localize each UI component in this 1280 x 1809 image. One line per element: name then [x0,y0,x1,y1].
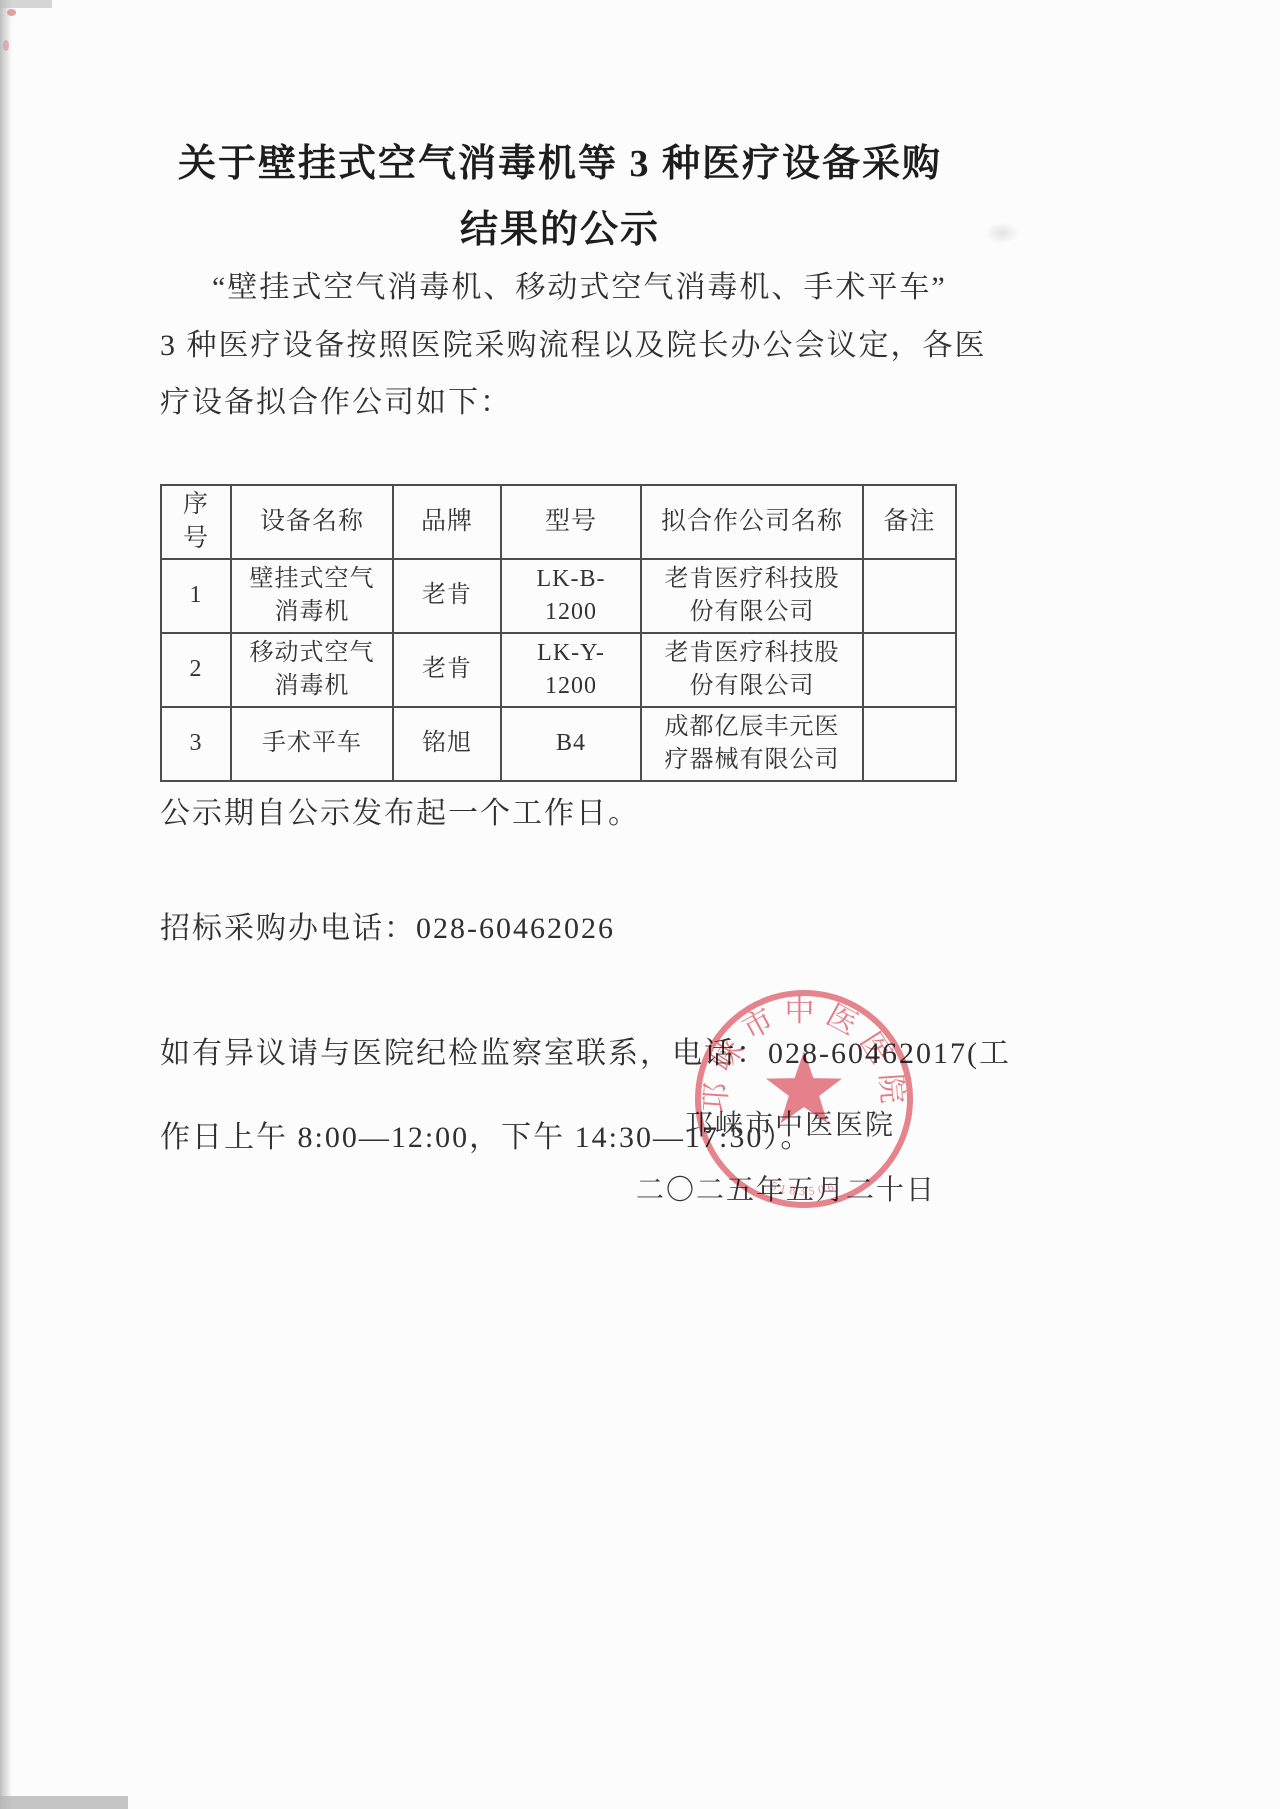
cell-index: 1 [161,559,231,633]
cell-company: 老肯医疗科技股份有限公司 [641,559,863,633]
seal-serial-number: 5183506 [769,1178,839,1198]
cell-note [863,633,956,707]
objection-line-1: 如有异议请与医院纪检监察室联系，电话：028-60462017(工 [160,1028,1060,1072]
col-header-brand: 品牌 [393,485,501,559]
table-row: 2 移动式空气消毒机 老肯 LK-Y-1200 老肯医疗科技股份有限公司 [161,633,956,707]
col-header-index: 序号 [161,485,231,559]
col-header-model: 型号 [501,485,641,559]
scan-red-speck [7,9,16,16]
cell-note [863,707,956,781]
intro-line-1: “壁挂式空气消毒机、移动式空气消毒机、手术平车” [160,262,1060,306]
intro-line-3: 疗设备拟合作公司如下： [160,377,1060,421]
cell-company: 老肯医疗科技股份有限公司 [641,633,863,707]
scan-bottom-artifact [0,1796,128,1809]
cell-model: LK-Y-1200 [501,633,641,707]
table-header-row: 序号 设备名称 品牌 型号 拟合作公司名称 备注 [161,485,956,559]
notice-period-line: 公示期自公示发布起一个工作日。 [160,788,1060,832]
cell-brand: 老肯 [393,559,501,633]
objection-line-2: 作日上午 8:00—12:00，下午 14:30—17:30）。 [160,1112,1060,1156]
table-row: 3 手术平车 铭旭 B4 成都亿辰丰元医疗器械有限公司 [161,707,956,781]
col-header-device: 设备名称 [231,485,393,559]
cell-model: LK-B-1200 [501,559,641,633]
document-title-line-1: 关于壁挂式空气消毒机等 3 种医疗设备采购 [120,132,1000,187]
scanned-document-page: 关于壁挂式空气消毒机等 3 种医疗设备采购 结果的公示 “壁挂式空气消毒机、移动… [0,0,1280,1809]
cell-device: 移动式空气消毒机 [231,633,393,707]
scan-red-speck [3,40,9,51]
cell-note [863,559,956,633]
col-header-note: 备注 [863,485,956,559]
document-title-line-2: 结果的公示 [120,198,1000,253]
cell-brand: 老肯 [393,633,501,707]
scan-corner-artifact [0,0,52,8]
official-seal-stamp: 邛崃市中医医院 5183506 [688,983,920,1215]
cell-device: 壁挂式空气消毒机 [231,559,393,633]
scan-edge-shadow [0,0,12,1809]
seal-star-icon [766,1051,842,1123]
tender-phone-line: 招标采购办电话：028-60462026 [160,903,1060,947]
cell-index: 2 [161,633,231,707]
cell-device: 手术平车 [231,707,393,781]
cell-brand: 铭旭 [393,707,501,781]
table-row: 1 壁挂式空气消毒机 老肯 LK-B-1200 老肯医疗科技股份有限公司 [161,559,956,633]
cell-index: 3 [161,707,231,781]
procurement-table: 序号 设备名称 品牌 型号 拟合作公司名称 备注 1 壁挂式空气消毒机 老肯 L… [160,484,957,782]
intro-line-2: 3 种医疗设备按照医院采购流程以及院长办公会议定，各医 [160,320,1060,364]
col-header-company: 拟合作公司名称 [641,485,863,559]
cell-model: B4 [501,707,641,781]
cell-company: 成都亿辰丰元医疗器械有限公司 [641,707,863,781]
